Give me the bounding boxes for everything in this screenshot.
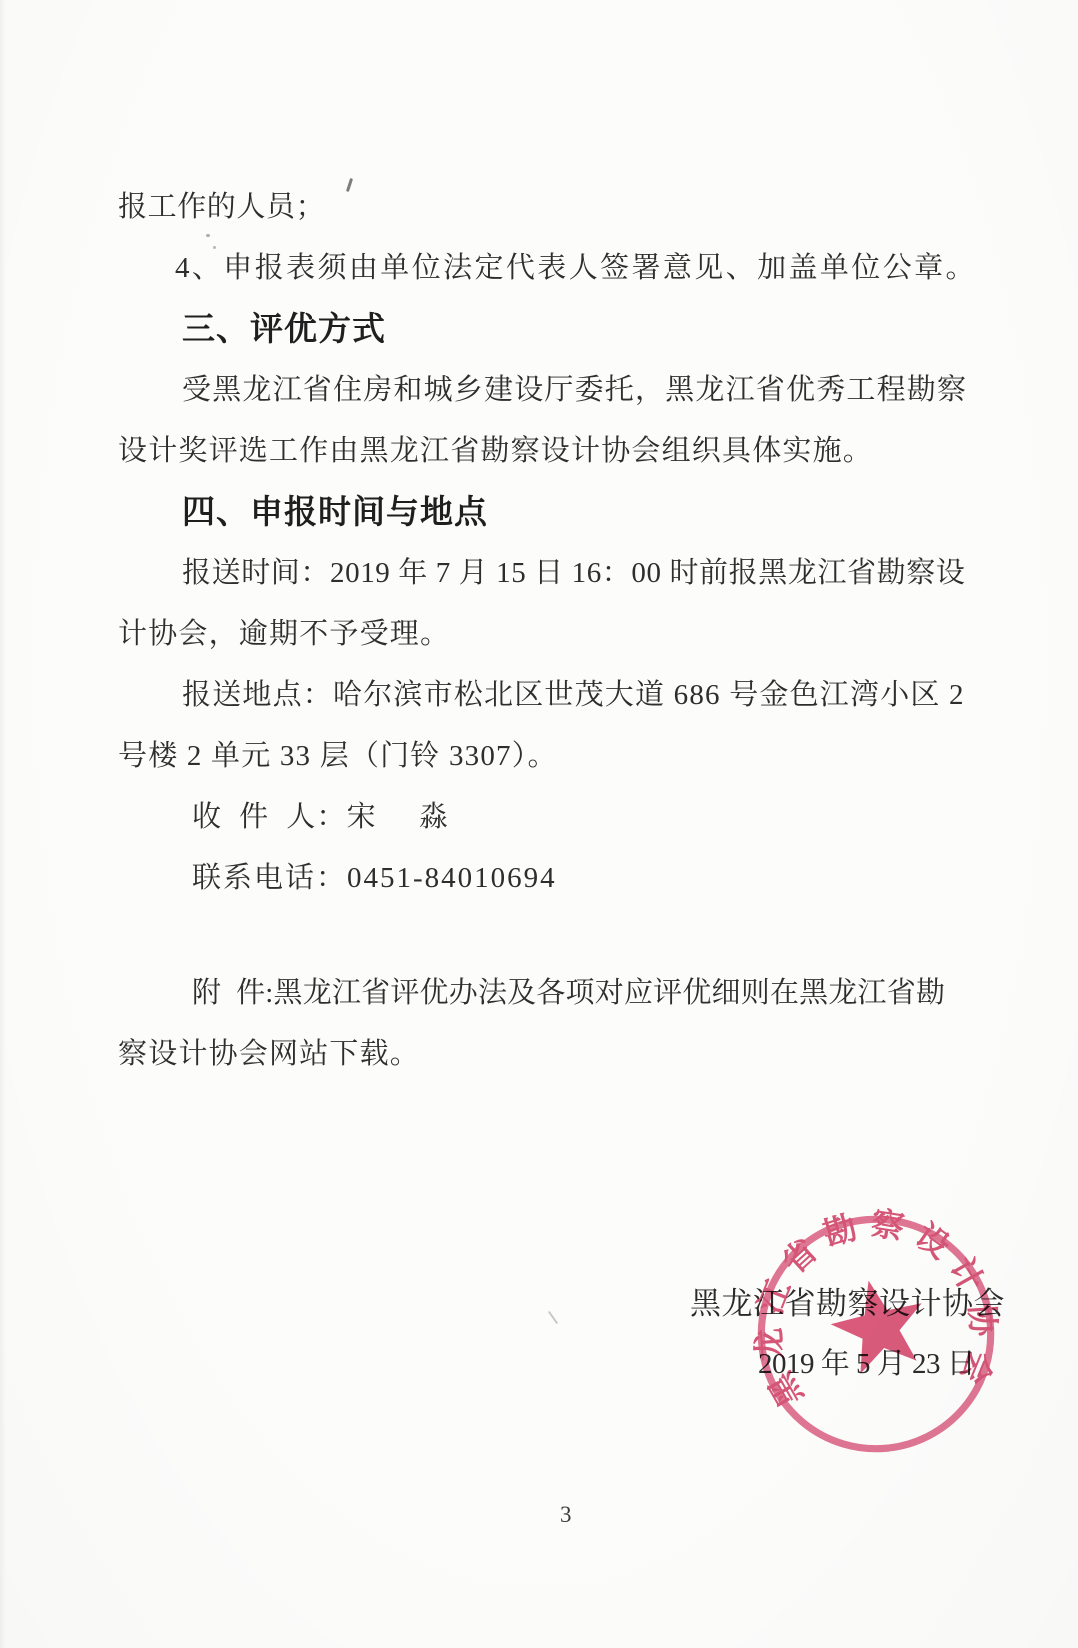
page-number: 3: [560, 1502, 572, 1528]
text-line-recipient: 收 件 人：宋 淼: [118, 784, 990, 845]
scanned-document-page: { "page": { "number": "3", "paper_color"…: [0, 0, 1078, 1648]
scan-speck: [548, 1311, 558, 1324]
text-line-address: 报送地点：哈尔滨市松北区世茂大道 686 号金色江湾小区 2: [118, 662, 990, 723]
text-line: 报工作的人员；: [118, 174, 990, 235]
text-line: 受黑龙江省住房和城乡建设厅委托，黑龙江省优秀工程勘察: [118, 357, 990, 418]
official-red-seal: 黑龙江省勘察设计协会: [737, 1195, 1014, 1472]
text-line: 设计奖评选工作由黑龙江省勘察设计协会组织具体实施。: [118, 418, 990, 479]
text-line-item-4: 4、申报表须由单位法定代表人签署意见、加盖单位公章。: [118, 235, 990, 296]
text-line-deadline: 报送时间：2019 年 7 月 15 日 16：00 时前报黑龙江省勘察设: [118, 540, 990, 601]
section-heading-3: 三、评优方式: [118, 296, 990, 357]
section-heading-4: 四、申报时间与地点: [118, 479, 990, 540]
text-line-attachment: 附 件:黑龙江省评优办法及各项对应评优细则在黑龙江省勘: [118, 960, 990, 1021]
text-line-phone: 联系电话：0451-84010694: [118, 845, 990, 906]
document-body: 报工作的人员； 4、申报表须由单位法定代表人签署意见、加盖单位公章。 三、评优方…: [118, 174, 990, 1082]
text-line: 察设计协会网站下载。: [118, 1021, 990, 1082]
blank-gap: [118, 906, 990, 960]
star-icon: [827, 1276, 927, 1376]
text-line: 计协会，逾期不予受理。: [118, 601, 990, 662]
text-line: 号楼 2 单元 33 层（门铃 3307）。: [118, 723, 990, 784]
